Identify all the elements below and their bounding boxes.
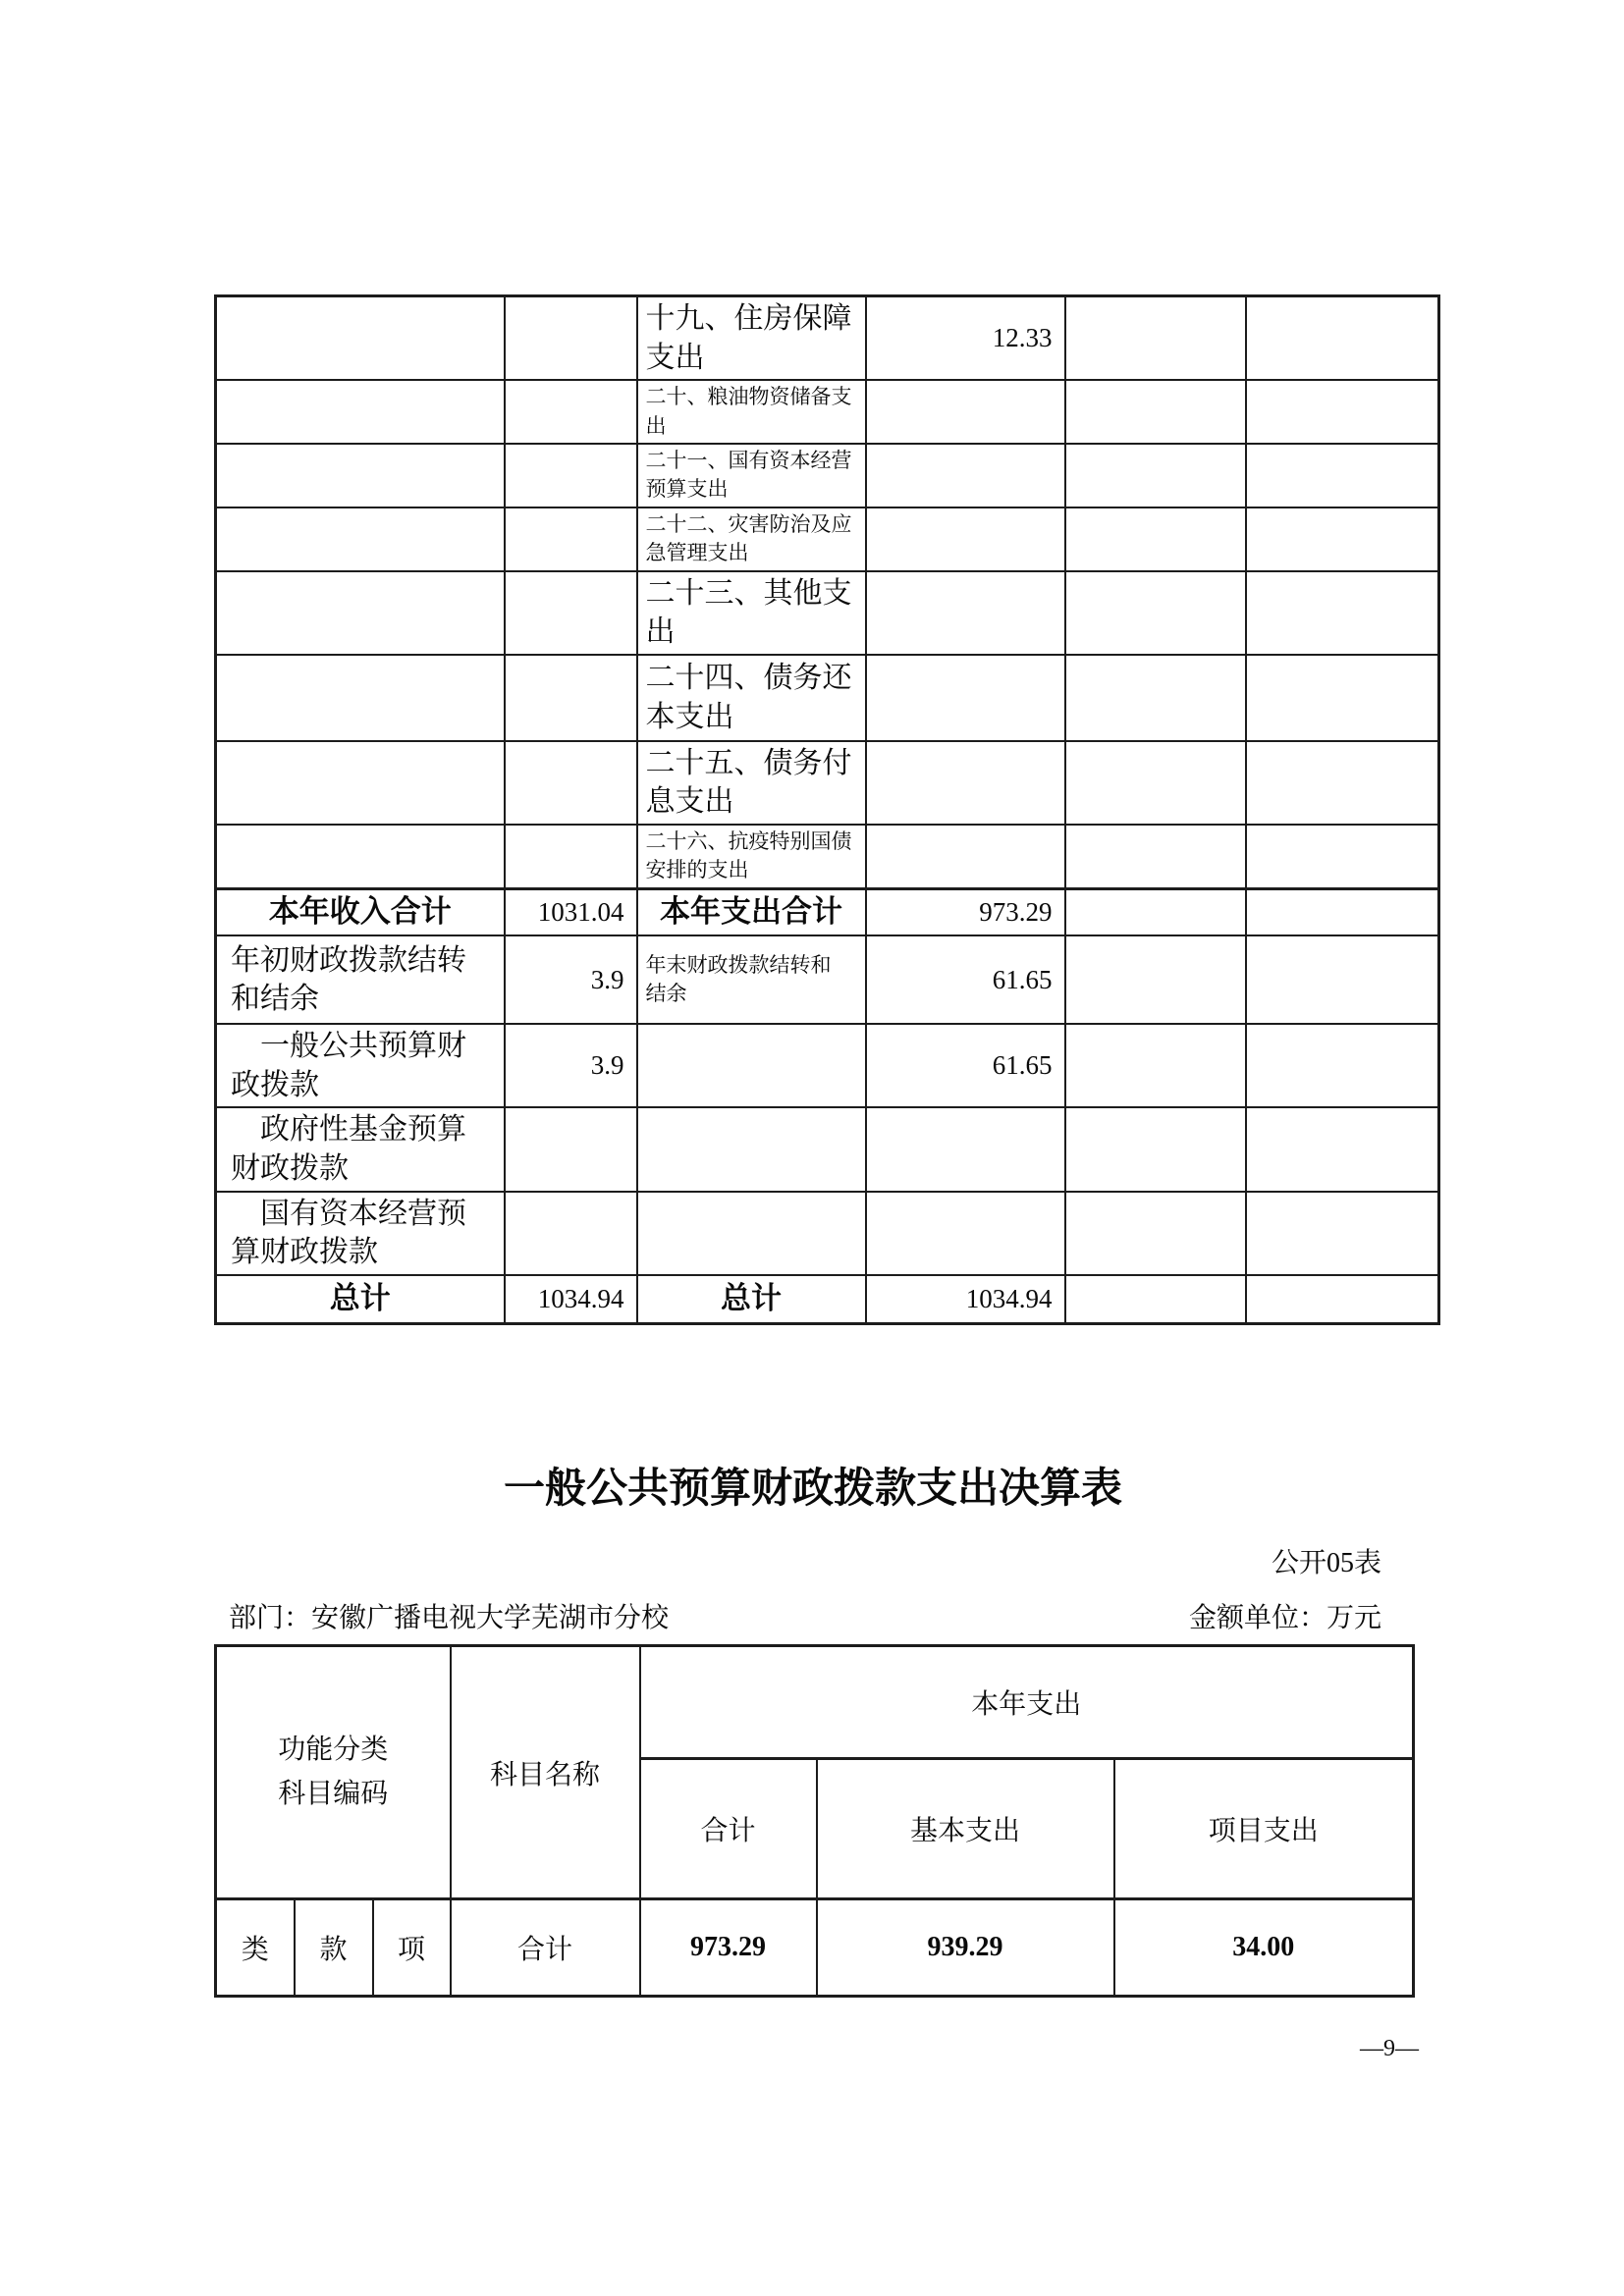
document-page: 十九、住房保障支出12.33二十、粮油物资储备支出二十一、国有资本经营预算支出二… [0,0,1624,2296]
table1-cell: 二十二、灾害防治及应急管理支出 [637,507,866,571]
header-project-expenditure: 项目支出 [1114,1759,1414,1899]
cell-class: 类 [216,1899,295,1997]
table1-cell: 年末财政拨款结转和结余 [637,935,866,1024]
table-row: 十九、住房保障支出12.33 [216,296,1439,381]
table1-cell: 政府性基金预算财政拨款 [216,1107,505,1191]
table1-cell-empty [505,1192,637,1275]
cell-section: 款 [295,1899,373,1997]
table1-cell-empty [1065,444,1246,507]
table1-cell-empty [505,655,637,741]
table-row: 年初财政拨款结转和结余3.9年末财政拨款结转和结余61.65 [216,935,1439,1024]
table1-cell-empty [1065,296,1246,381]
table-row: 一般公共预算财政拨款3.961.65 [216,1024,1439,1107]
table1-cell: 本年收入合计 [216,888,505,935]
table1-cell-empty [866,1107,1065,1191]
table1-cell: 年初财政拨款结转和结余 [216,935,505,1024]
table1-cell-empty [637,1107,866,1191]
table1-cell-empty [1246,571,1439,655]
table1-cell-empty [1246,655,1439,741]
table-row: 总计1034.94总计1034.94 [216,1275,1439,1324]
table1-cell: 国有资本经营预算财政拨款 [216,1192,505,1275]
table1-cell-empty [1246,888,1439,935]
table2-header-row-1: 功能分类科目编码 科目名称 本年支出 [216,1646,1414,1759]
table1-cell-empty [216,380,505,444]
table-row: 二十二、灾害防治及应急管理支出 [216,507,1439,571]
table1-cell-empty [866,741,1065,825]
table1-cell-empty [1246,444,1439,507]
table1-cell: 十九、住房保障支出 [637,296,866,381]
unit-label: 金额单位：万元 [1189,1596,1381,1635]
table1-cell-empty [866,825,1065,888]
table1-cell-empty [505,444,637,507]
table-row: 二十四、债务还本支出 [216,655,1439,741]
table1-cell-empty [1246,935,1439,1024]
table1-cell: 61.65 [866,1024,1065,1107]
header-basic-expenditure: 基本支出 [817,1759,1114,1899]
table1-cell-empty [505,741,637,825]
table-row: 二十六、抗疫特别国债安排的支出 [216,825,1439,888]
table1-cell: 61.65 [866,935,1065,1024]
table1-cell-empty [1065,1192,1246,1275]
table1-cell-empty [216,655,505,741]
table1-cell: 1031.04 [505,888,637,935]
table1-cell: 1034.94 [505,1275,637,1324]
table1-cell: 973.29 [866,888,1065,935]
table1-cell-empty [866,655,1065,741]
table1-cell-empty [505,571,637,655]
table1-cell-empty [1246,380,1439,444]
table1-cell-empty [505,296,637,381]
cell-total-value: 973.29 [640,1899,817,1997]
table1-cell: 3.9 [505,935,637,1024]
table1-cell: 二十五、债务付息支出 [637,741,866,825]
cell-basic-value: 939.29 [817,1899,1114,1997]
table1-cell-empty [1246,1275,1439,1324]
table1-cell-empty [1065,1275,1246,1324]
table1-cell: 12.33 [866,296,1065,381]
table2-data-row: 类 款 项 合计 973.29 939.29 34.00 [216,1899,1414,1997]
table-row: 二十一、国有资本经营预算支出 [216,444,1439,507]
table-row: 二十三、其他支出 [216,571,1439,655]
header-function-code: 功能分类科目编码 [216,1646,451,1899]
table1-cell-empty [1065,507,1246,571]
table1-cell-empty [1065,1024,1246,1107]
summary-table-body: 十九、住房保障支出12.33二十、粮油物资储备支出二十一、国有资本经营预算支出二… [216,296,1439,1324]
table1-cell-empty [505,507,637,571]
form-number-note: 公开05表 [214,1541,1381,1580]
table1-cell-empty [1246,1107,1439,1191]
table1-cell-empty [505,1107,637,1191]
table1-cell-empty [1065,571,1246,655]
table1-cell: 总计 [637,1275,866,1324]
cell-project-value: 34.00 [1114,1899,1414,1997]
table1-cell: 二十一、国有资本经营预算支出 [637,444,866,507]
table1-cell-empty [216,444,505,507]
table1-cell-empty [1065,380,1246,444]
table1-cell-empty [1065,655,1246,741]
table1-cell: 总计 [216,1275,505,1324]
table1-cell-empty [866,444,1065,507]
table1-cell-empty [1065,935,1246,1024]
table-row: 本年收入合计1031.04本年支出合计973.29 [216,888,1439,935]
table1-cell-empty [1246,741,1439,825]
table1-cell-empty [216,571,505,655]
table1-cell-empty [1065,825,1246,888]
table1-cell: 本年支出合计 [637,888,866,935]
table1-cell: 二十三、其他支出 [637,571,866,655]
table1-cell-empty [216,507,505,571]
page-number: —9— [1350,2036,1429,2062]
table1-cell-empty [1065,741,1246,825]
table1-cell-empty [505,825,637,888]
header-subject-name: 科目名称 [451,1646,640,1899]
table1-cell-empty [866,380,1065,444]
cell-item: 项 [373,1899,451,1997]
table1-cell-empty [866,1192,1065,1275]
table1-cell-empty [637,1024,866,1107]
table1-cell: 二十、粮油物资储备支出 [637,380,866,444]
table-row: 二十、粮油物资储备支出 [216,380,1439,444]
general-budget-expenditure-table: 功能分类科目编码 科目名称 本年支出 合计 基本支出 项目支出 类 款 项 合计… [214,1644,1415,1998]
table1-cell-empty [1246,825,1439,888]
table1-cell-empty [1065,1107,1246,1191]
table1-cell-empty [1246,296,1439,381]
table1-cell-empty [1246,1024,1439,1107]
table1-cell-empty [505,380,637,444]
table1-cell-empty [216,296,505,381]
table1-cell-empty [1246,507,1439,571]
table1-cell: 1034.94 [866,1275,1065,1324]
table1-cell-empty [216,825,505,888]
table1-cell-empty [866,507,1065,571]
table1-cell: 二十四、债务还本支出 [637,655,866,741]
header-current-year-expenditure: 本年支出 [640,1646,1414,1759]
table1-cell-empty [637,1192,866,1275]
table-row: 国有资本经营预算财政拨款 [216,1192,1439,1275]
table1-cell: 二十六、抗疫特别国债安排的支出 [637,825,866,888]
table1-cell-empty [866,571,1065,655]
table-row: 政府性基金预算财政拨款 [216,1107,1439,1191]
table-meta-line: 部门：安徽广播电视大学芜湖市分校 金额单位：万元 [229,1596,1381,1635]
header-total: 合计 [640,1759,817,1899]
table1-cell: 一般公共预算财政拨款 [216,1024,505,1107]
table1-cell-empty [1065,888,1246,935]
table1-cell: 3.9 [505,1024,637,1107]
cell-subject-name: 合计 [451,1899,640,1997]
table1-cell-empty [216,741,505,825]
department-label: 部门：安徽广播电视大学芜湖市分校 [229,1596,669,1635]
table-row: 二十五、债务付息支出 [216,741,1439,825]
table1-cell-empty [1246,1192,1439,1275]
section-title: 一般公共预算财政拨款支出决算表 [214,1465,1412,1512]
income-expenditure-summary-table: 十九、住房保障支出12.33二十、粮油物资储备支出二十一、国有资本经营预算支出二… [214,294,1440,1325]
